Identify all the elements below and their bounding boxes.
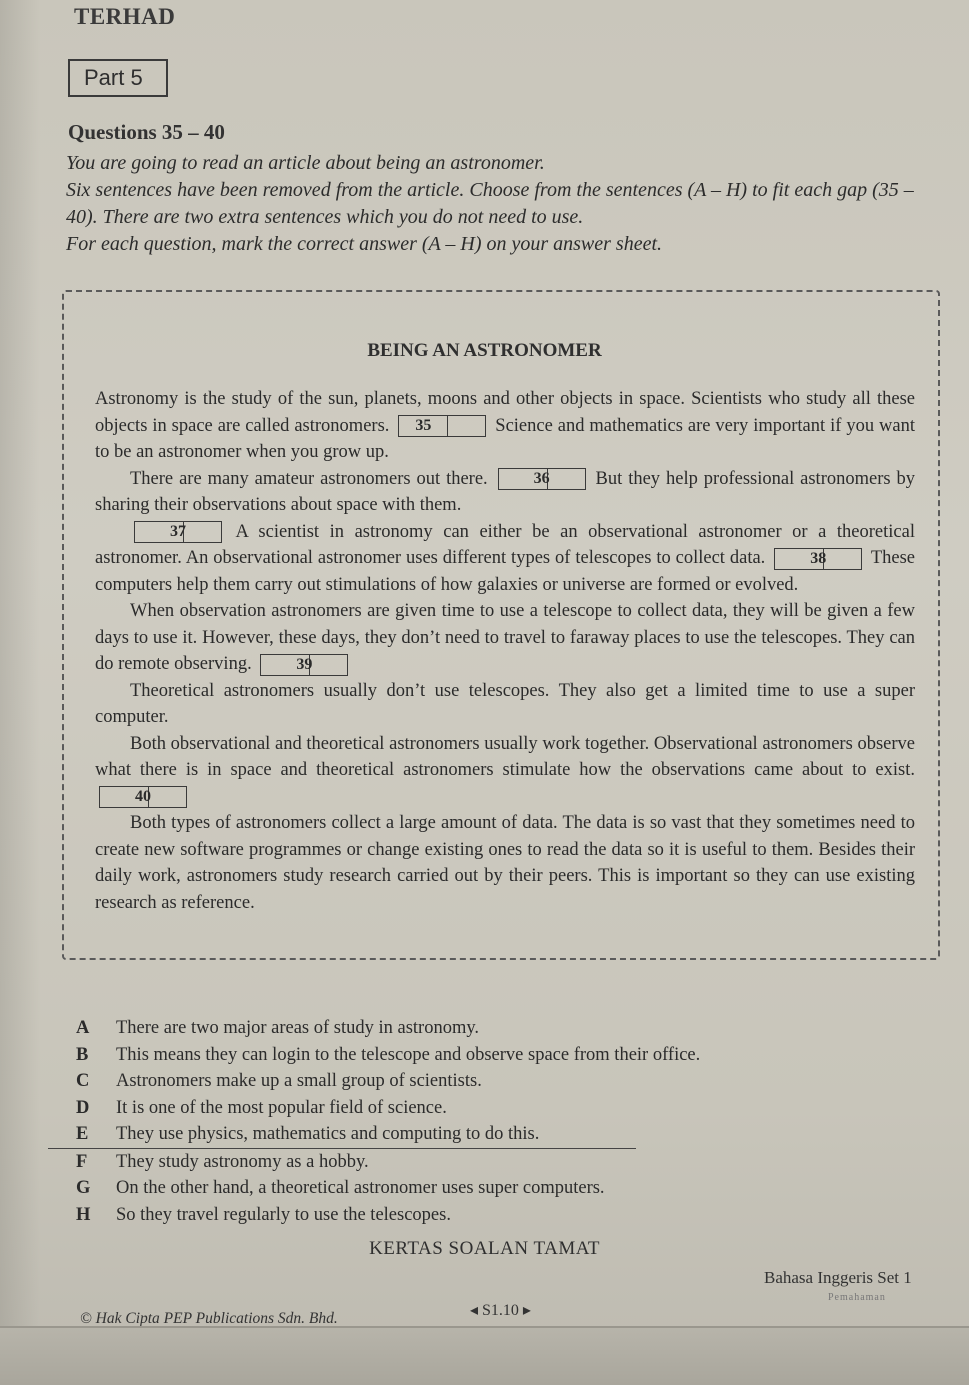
option-letter: D [76,1095,116,1122]
paragraph-text: When observation astronomers are given t… [95,601,915,674]
paragraph-text: There are many amateur astronomers out t… [130,469,494,489]
gap-number: 35 [399,416,448,436]
option-letter: A [76,1015,116,1042]
article-body: Astronomy is the study of the sun, plane… [95,386,915,916]
article-title: BEING AN ASTRONOMER [0,340,969,362]
footer-smudged-text: Pemahaman [828,1292,886,1303]
option-text: They use physics, mathematics and comput… [116,1121,539,1148]
paragraph-text: Theoretical astronomers usually don’t us… [95,681,915,728]
part-label: Part 5 [68,59,168,97]
option-text: On the other hand, a theoretical astrono… [116,1175,605,1202]
page-number: ◂ S1.10 ▸ [470,1300,531,1320]
article-paragraph: Both types of astronomers collect a larg… [95,810,915,916]
answer-gap-39[interactable]: 39 [260,654,348,676]
instruction-line: For each question, mark the correct answ… [66,231,946,258]
option-letter: E [76,1121,116,1148]
option-e: EThey use physics, mathematics and compu… [48,1121,636,1149]
option-letter: H [76,1202,116,1229]
option-letter: B [76,1042,116,1069]
option-text: This means they can login to the telesco… [116,1042,700,1069]
answer-gap-35[interactable]: 35 [398,415,486,437]
paragraph-text: Both observational and theoretical astro… [95,734,915,781]
instruction-line: You are going to read an article about b… [66,150,946,177]
option-d: DIt is one of the most popular field of … [76,1095,876,1122]
option-text: So they travel regularly to use the tele… [116,1202,451,1229]
answer-gap-40[interactable]: 40 [99,786,187,808]
gap-number: 38 [775,549,824,569]
option-letter: F [76,1149,116,1176]
answer-gap-37[interactable]: 37 [134,521,222,543]
footer-subject: Bahasa Inggeris Set 1 [764,1268,912,1288]
option-f: FThey study astronomy as a hobby. [76,1149,876,1176]
option-a: AThere are two major areas of study in a… [76,1015,876,1042]
option-text: It is one of the most popular field of s… [116,1095,447,1122]
option-g: GOn the other hand, a theoretical astron… [76,1175,876,1202]
instruction-line: Six sentences have been removed from the… [66,177,946,231]
article-paragraph: When observation astronomers are given t… [95,598,915,678]
article-paragraph: Theoretical astronomers usually don’t us… [95,678,915,731]
answer-gap-38[interactable]: 38 [774,548,862,570]
instructions: You are going to read an article about b… [66,150,946,258]
desk-surface [0,1328,969,1385]
answer-gap-36[interactable]: 36 [498,468,586,490]
options-list: AThere are two major areas of study in a… [76,1015,876,1228]
article-paragraph: 37 A scientist in astronomy can either b… [95,519,915,599]
option-b: BThis means they can login to the telesc… [76,1042,876,1069]
option-letter: G [76,1175,116,1202]
option-text: Astronomers make up a small group of sci… [116,1068,482,1095]
option-text: They study astronomy as a hobby. [116,1149,369,1176]
questions-title: Questions 35 – 40 [68,120,225,145]
option-c: CAstronomers make up a small group of sc… [76,1068,876,1095]
article-paragraph: There are many amateur astronomers out t… [95,466,915,519]
end-of-paper: KERTAS SOALAN TAMAT [0,1238,969,1260]
option-h: HSo they travel regularly to use the tel… [76,1202,876,1229]
option-letter: C [76,1068,116,1095]
gap-number: 39 [261,655,310,675]
page-shadow [0,0,40,1385]
article-paragraph: Both observational and theoretical astro… [95,731,915,811]
gap-number: 40 [100,787,149,807]
option-text: There are two major areas of study in as… [116,1015,479,1042]
gap-number: 36 [499,469,548,489]
gap-number: 37 [135,522,184,542]
header-code: TERHAD [74,4,175,30]
article-paragraph: Astronomy is the study of the sun, plane… [95,386,915,466]
paragraph-text: Both types of astronomers collect a larg… [95,813,915,913]
